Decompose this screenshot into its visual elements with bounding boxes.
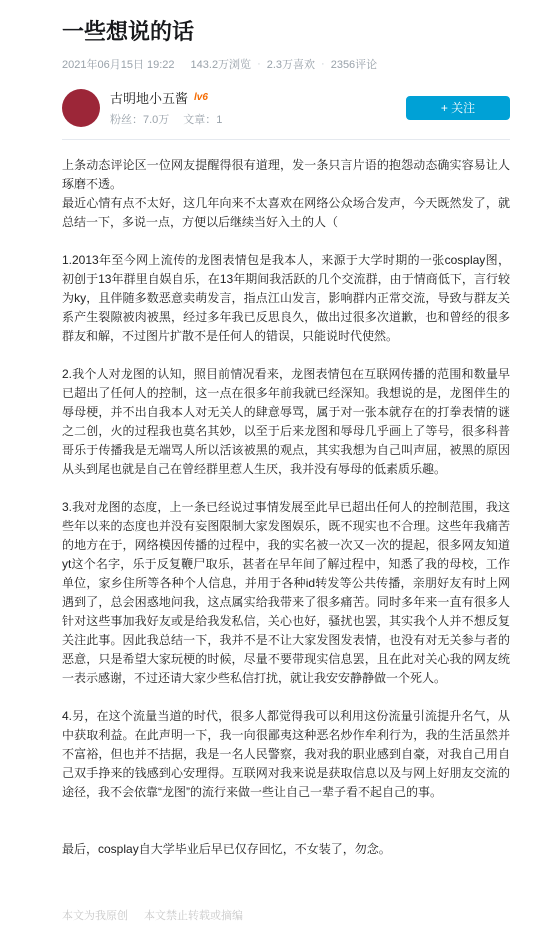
article-body: 上条动态评论区一位网友提醒得很有道理，发一条只言片语的抱怨动态确实容易让人琢磨不… xyxy=(62,140,510,859)
meta-separator: · xyxy=(321,58,325,70)
meta-separator: · xyxy=(257,58,261,70)
article-paragraph: 4.另，在这个流量当道的时代，很多人都觉得我可以利用这份流量引流提升名气，从中获… xyxy=(62,707,510,802)
author-info: 古明地小五酱 lv6 粉丝：7.0万 文章：1 xyxy=(110,88,236,127)
follow-button[interactable]: + 关注 xyxy=(406,96,510,120)
user-level-badge: lv6 xyxy=(194,92,208,103)
original-notice: 本文为我原创 xyxy=(62,907,128,923)
article-closing-line: 最后，cosplay自大学毕业后早已仅存回忆，不女装了，勿念。 xyxy=(62,840,510,859)
article-paragraph: 1.2013年至今网上流传的龙图表情包是我本人，来源于大学时期的一张cospla… xyxy=(62,251,510,346)
article-paragraph: 2.我个人对龙图的认知，照目前情况看来，龙图表情包在互联网传播的范围和数量早已超… xyxy=(62,365,510,479)
article-meta: 2021年06月15日 19:22 143.2万浏览 · 2.3万喜欢 · 23… xyxy=(62,56,510,72)
publish-datetime: 2021年06月15日 19:22 xyxy=(62,56,175,72)
article-paragraph: 上条动态评论区一位网友提醒得很有道理，发一条只言片语的抱怨动态确实容易让人琢磨不… xyxy=(62,156,510,232)
articles-count: 文章：1 xyxy=(183,111,222,127)
no-reprint-notice: 本文禁止转载或摘编 xyxy=(144,907,243,923)
author-stats: 粉丝：7.0万 文章：1 xyxy=(110,111,236,127)
view-count: 143.2万浏览 xyxy=(191,56,252,72)
author-card: 古明地小五酱 lv6 粉丝：7.0万 文章：1 + 关注 xyxy=(62,88,510,140)
page-title: 一些想说的话 xyxy=(62,18,510,46)
author-avatar[interactable] xyxy=(62,89,100,127)
article-paragraph: 3.我对龙图的态度，上一条已经说过事情发展至此早已超出任何人的控制范围，我这些年… xyxy=(62,498,510,688)
comment-count: 2356评论 xyxy=(331,56,377,72)
article-page: 一些想说的话 2021年06月15日 19:22 143.2万浏览 · 2.3万… xyxy=(0,0,559,947)
like-count: 2.3万喜欢 xyxy=(267,56,315,72)
author-name[interactable]: 古明地小五酱 xyxy=(110,88,188,107)
article-footer: 本文为我原创 本文禁止转载或摘编 xyxy=(62,907,510,923)
fans-count: 粉丝：7.0万 xyxy=(110,111,169,127)
